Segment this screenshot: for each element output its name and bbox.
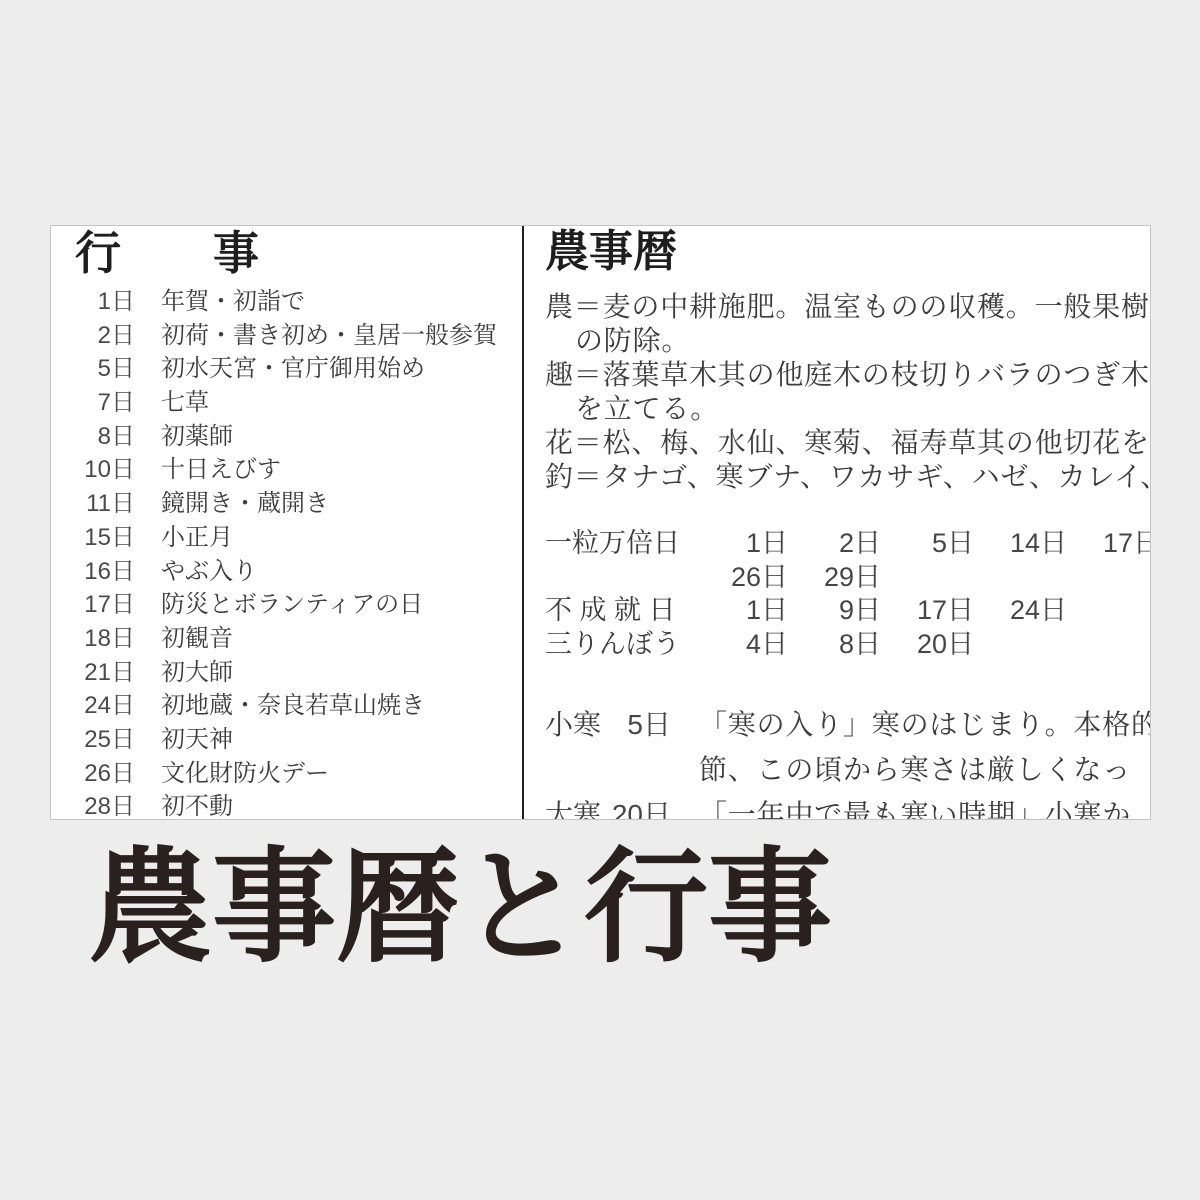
event-label: 七草 <box>161 386 209 420</box>
event-row: 2日 初荷・書き初め・皇居一般参賀 <box>51 319 522 353</box>
event-day: 8日 <box>51 420 135 454</box>
agricultural-notes: 農＝麦の中耕施肥。温室ものの収穫。一般果樹 の防除。 趣＝落葉草木其の他庭木の枝… <box>545 290 1150 494</box>
lucky-day-date: 9日 <box>788 594 881 628</box>
lucky-days-table: 一粒万倍日 1日 2日 5日 14日 17日 26日 29日 不 成 就 日 1… <box>545 527 1150 661</box>
agricultural-title: 農事暦 <box>545 228 677 276</box>
event-day: 11日 <box>51 487 135 521</box>
solar-term-name: 大寒 <box>545 792 605 819</box>
lucky-day-row: 不 成 就 日 1日 9日 17日 24日 <box>545 594 1150 628</box>
event-day: 2日 <box>51 319 135 353</box>
note-line: 趣＝落葉草木其の他庭木の枝切りバラのつぎ木 <box>545 358 1150 392</box>
lucky-day-date: 17日 <box>1067 527 1150 561</box>
event-day: 25日 <box>51 723 135 757</box>
solar-term-description: 「一年中で最も寒い時期」小寒か <box>699 792 1131 819</box>
event-label: 年賀・初詣で <box>161 285 305 319</box>
events-column: 行 事 1日 年賀・初詣で 2日 初荷・書き初め・皇居一般参賀 5日 初水天宮・… <box>51 226 522 819</box>
event-row: 8日 初薬師 <box>51 420 522 454</box>
event-row: 21日 初大師 <box>51 656 522 690</box>
agricultural-column: 農事暦 農＝麦の中耕施肥。温室ものの収穫。一般果樹 の防除。 趣＝落葉草木其の他… <box>524 226 1150 819</box>
event-row: 17日 防災とボランティアの日 <box>51 588 522 622</box>
solar-terms-section: 小寒 5日 「寒の入り」寒のはじまり。本格的 節、この頃から寒さは厳しくなっ 大… <box>545 702 1150 819</box>
event-row: 24日 初地蔵・奈良若草山焼き <box>51 689 522 723</box>
event-label: 初不動 <box>161 790 233 819</box>
lucky-day-date: 24日 <box>974 594 1067 628</box>
lucky-day-date: 17日 <box>881 594 974 628</box>
event-day: 15日 <box>51 521 135 555</box>
lucky-day-label: 三りんぼう <box>545 628 695 662</box>
note-line: 花＝松、梅、水仙、寒菊、福寿草其の他切花を <box>545 426 1150 460</box>
solar-term-day: 5日 <box>605 702 671 747</box>
note-line: 農＝麦の中耕施肥。温室ものの収穫。一般果樹 <box>545 290 1150 324</box>
solar-term-row: 大寒 20日 「一年中で最も寒い時期」小寒か <box>545 792 1150 819</box>
lucky-day-date: 26日 <box>695 561 788 595</box>
note-line: の防除。 <box>545 324 1150 358</box>
lucky-day-row: 三りんぼう 4日 8日 20日 <box>545 628 1150 662</box>
event-label: 初荷・書き初め・皇居一般参賀 <box>161 319 497 353</box>
solar-term-day: 20日 <box>605 792 671 819</box>
event-label: やぶ入り <box>161 555 257 589</box>
lucky-day-date: 8日 <box>788 628 881 662</box>
lucky-day-date: 20日 <box>881 628 974 662</box>
solar-term-day <box>605 747 671 792</box>
event-row: 25日 初天神 <box>51 723 522 757</box>
event-label: 文化財防火デー <box>161 757 329 791</box>
event-label: 鏡開き・蔵開き <box>161 487 329 521</box>
event-label: 初天神 <box>161 723 233 757</box>
event-label: 十日えびす <box>161 453 281 487</box>
lucky-day-label: 一粒万倍日 <box>545 527 695 561</box>
event-row: 18日 初観音 <box>51 622 522 656</box>
note-line: 釣＝タナゴ、寒ブナ、ワカサギ、ハゼ、カレイ、ア <box>545 460 1150 494</box>
event-row: 5日 初水天宮・官庁御用始め <box>51 352 522 386</box>
lucky-day-label: 不 成 就 日 <box>545 594 695 628</box>
page-headline: 農事暦と行事 <box>88 843 832 973</box>
event-row: 11日 鏡開き・蔵開き <box>51 487 522 521</box>
lucky-day-date: 14日 <box>974 527 1067 561</box>
event-label: 防災とボランティアの日 <box>161 588 423 622</box>
lucky-day-date: 1日 <box>695 594 788 628</box>
events-title: 行 事 <box>75 228 259 279</box>
event-label: 初大師 <box>161 656 233 690</box>
lucky-day-row: 26日 29日 <box>545 561 1150 595</box>
event-row: 28日 初不動 <box>51 790 522 819</box>
event-day: 17日 <box>51 588 135 622</box>
event-label: 初水天宮・官庁御用始め <box>161 352 425 386</box>
event-day: 24日 <box>51 689 135 723</box>
event-label: 初薬師 <box>161 420 233 454</box>
lucky-day-row: 一粒万倍日 1日 2日 5日 14日 17日 <box>545 527 1150 561</box>
lucky-day-date: 1日 <box>695 527 788 561</box>
event-day: 26日 <box>51 757 135 791</box>
note-line: を立てる。 <box>545 392 1150 426</box>
solar-term-name <box>545 747 605 792</box>
event-label: 初地蔵・奈良若草山焼き <box>161 689 425 723</box>
event-label: 初観音 <box>161 622 233 656</box>
solar-term-description: 「寒の入り」寒のはじまり。本格的 <box>699 702 1150 747</box>
lucky-day-date: 29日 <box>788 561 881 595</box>
lucky-day-label <box>545 561 695 595</box>
event-day: 16日 <box>51 555 135 589</box>
solar-term-description: 節、この頃から寒さは厳しくなっ <box>699 747 1131 792</box>
event-row: 16日 やぶ入り <box>51 555 522 589</box>
event-day: 1日 <box>51 285 135 319</box>
lucky-day-date: 2日 <box>788 527 881 561</box>
event-row: 15日 小正月 <box>51 521 522 555</box>
events-list: 1日 年賀・初詣で 2日 初荷・書き初め・皇居一般参賀 5日 初水天宮・官庁御用… <box>51 285 522 819</box>
solar-term-row: 小寒 5日 「寒の入り」寒のはじまり。本格的 <box>545 702 1150 747</box>
event-day: 10日 <box>51 453 135 487</box>
solar-term-name: 小寒 <box>545 702 605 747</box>
calendar-page: 行 事 1日 年賀・初詣で 2日 初荷・書き初め・皇居一般参賀 5日 初水天宮・… <box>0 0 1200 1200</box>
event-row: 10日 十日えびす <box>51 453 522 487</box>
lucky-day-date: 5日 <box>881 527 974 561</box>
solar-term-row: 節、この頃から寒さは厳しくなっ <box>545 747 1150 792</box>
event-row: 7日 七草 <box>51 386 522 420</box>
calendar-panel: 行 事 1日 年賀・初詣で 2日 初荷・書き初め・皇居一般参賀 5日 初水天宮・… <box>50 225 1151 820</box>
event-row: 26日 文化財防火デー <box>51 757 522 791</box>
event-day: 21日 <box>51 656 135 690</box>
event-day: 5日 <box>51 352 135 386</box>
lucky-day-date: 4日 <box>695 628 788 662</box>
event-label: 小正月 <box>161 521 233 555</box>
event-row: 1日 年賀・初詣で <box>51 285 522 319</box>
event-day: 18日 <box>51 622 135 656</box>
event-day: 7日 <box>51 386 135 420</box>
event-day: 28日 <box>51 790 135 819</box>
